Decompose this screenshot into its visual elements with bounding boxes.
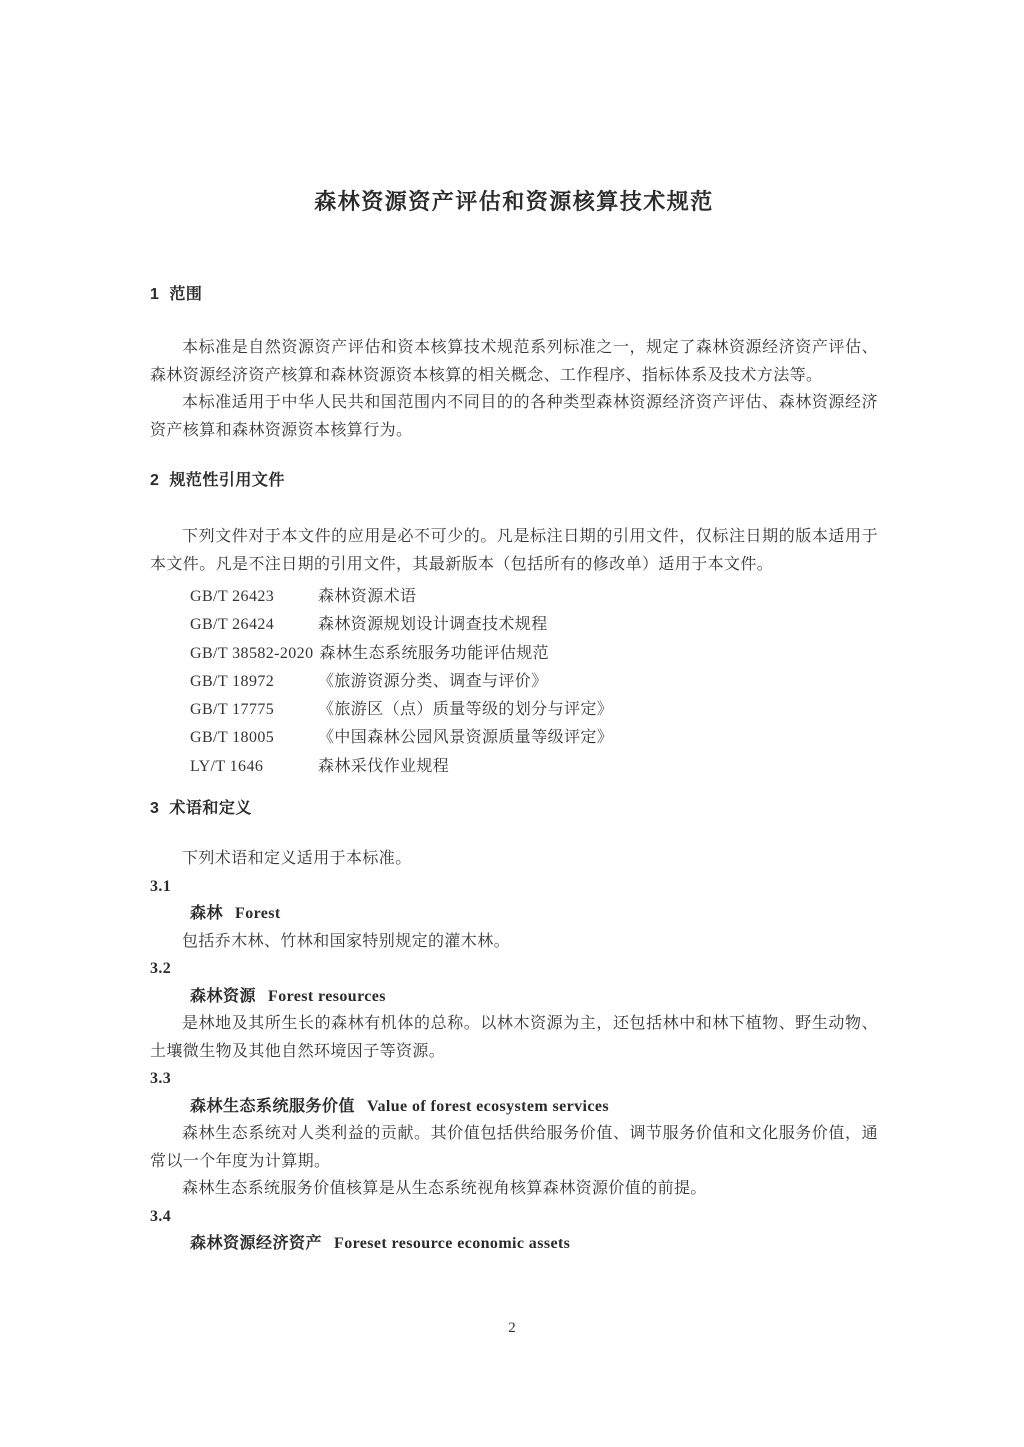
reference-code: LY/T 1646 xyxy=(190,753,312,781)
term-name: 森林Forest xyxy=(150,900,878,928)
terms-intro: 下列术语和定义适用于本标准。 xyxy=(150,845,878,873)
reference-item: GB/T 38582-2020森林生态系统服务功能评估规范 xyxy=(190,640,878,668)
section-3-title: 术语和定义 xyxy=(169,800,252,817)
term-entry-3-2: 3.2 森林资源Forest resources 是林地及其所生长的森林有机体的… xyxy=(150,955,878,1065)
term-number: 3.2 xyxy=(150,955,878,983)
term-name: 森林资源Forest resources xyxy=(150,983,878,1011)
reference-list: GB/T 26423森林资源术语 GB/T 26424森林资源规划设计调查技术规… xyxy=(150,583,878,781)
reference-code: GB/T 18005 xyxy=(190,724,312,752)
section-3-heading: 3术语和定义 xyxy=(150,798,878,820)
terms-block: 下列术语和定义适用于本标准。 3.1 森林Forest 包括乔木林、竹林和国家特… xyxy=(150,845,878,1258)
term-entry-3-4: 3.4 森林资源经济资产Foreset resource economic as… xyxy=(150,1203,878,1258)
term-name-zh: 森林生态系统服务价值 xyxy=(190,1098,355,1115)
reference-title: 森林资源规划设计调查技术规程 xyxy=(318,616,548,633)
reference-title: 《旅游资源分类、调查与评价》 xyxy=(318,673,548,690)
term-definition: 森林生态系统服务价值核算是从生态系统视角核算森林资源价值的前提。 xyxy=(150,1175,878,1203)
reference-item: GB/T 18005《中国森林公园风景资源质量等级评定》 xyxy=(190,724,878,752)
reference-item: LY/T 1646森林采伐作业规程 xyxy=(190,753,878,781)
section-1-heading: 1范围 xyxy=(150,284,878,306)
reference-title: 《旅游区（点）质量等级的划分与评定》 xyxy=(318,701,613,718)
reference-item: GB/T 26423森林资源术语 xyxy=(190,583,878,611)
reference-item: GB/T 26424森林资源规划设计调查技术规程 xyxy=(190,611,878,639)
term-number: 3.4 xyxy=(150,1203,878,1231)
reference-title: 《中国森林公园风景资源质量等级评定》 xyxy=(318,729,613,746)
scope-paragraph-2: 本标准适用于中华人民共和国范围内不同目的的各种类型森林资源经济资产评估、森林资源… xyxy=(150,389,878,444)
term-name-en: Forest xyxy=(235,905,281,922)
term-number: 3.1 xyxy=(150,873,878,901)
term-definition: 是林地及其所生长的森林有机体的总称。以林木资源为主，还包括林中和林下植物、野生动… xyxy=(150,1010,878,1065)
term-definition: 森林生态系统对人类利益的贡献。其价值包括供给服务价值、调节服务价值和文化服务价值… xyxy=(150,1120,878,1175)
term-entry-3-3: 3.3 森林生态系统服务价值Value of forest ecosystem … xyxy=(150,1065,878,1203)
reference-title: 森林采伐作业规程 xyxy=(318,758,449,775)
reference-code: GB/T 26424 xyxy=(190,611,312,639)
section-scope: 1范围 本标准是自然资源资产评估和资本核算技术规范系列标准之一，规定了森林资源经… xyxy=(150,284,878,444)
reference-title: 森林生态系统服务功能评估规范 xyxy=(319,645,549,662)
reference-code: GB/T 38582-2020 xyxy=(190,640,313,668)
section-1-number: 1 xyxy=(150,286,159,303)
section-1-title: 范围 xyxy=(169,286,202,303)
term-name-en: Value of forest ecosystem services xyxy=(367,1098,609,1115)
term-number: 3.3 xyxy=(150,1065,878,1093)
reference-item: GB/T 17775《旅游区（点）质量等级的划分与评定》 xyxy=(190,696,878,724)
term-definition: 包括乔木林、竹林和国家特别规定的灌木林。 xyxy=(150,928,878,956)
term-name-en: Forest resources xyxy=(268,988,386,1005)
term-name: 森林生态系统服务价值Value of forest ecosystem serv… xyxy=(150,1093,878,1121)
section-3-number: 3 xyxy=(150,800,159,817)
references-intro: 下列文件对于本文件的应用是必不可少的。凡是标注日期的引用文件，仅标注日期的版本适… xyxy=(150,523,878,578)
section-2-title: 规范性引用文件 xyxy=(169,472,285,489)
reference-title: 森林资源术语 xyxy=(318,588,416,605)
document-title: 森林资源资产评估和资源核算技术规范 xyxy=(150,186,878,218)
section-2-heading: 2规范性引用文件 xyxy=(150,470,878,492)
term-name-zh: 森林资源 xyxy=(190,988,256,1005)
document-page: 森林资源资产评估和资源核算技术规范 1范围 本标准是自然资源资产评估和资本核算技… xyxy=(0,0,1024,1447)
term-name-zh: 森林 xyxy=(190,905,223,922)
section-normative-references: 2规范性引用文件 下列文件对于本文件的应用是必不可少的。凡是标注日期的引用文件，… xyxy=(150,470,878,781)
section-2-number: 2 xyxy=(150,472,159,489)
reference-code: GB/T 17775 xyxy=(190,696,312,724)
term-entry-3-1: 3.1 森林Forest 包括乔木林、竹林和国家特别规定的灌木林。 xyxy=(150,873,878,956)
term-name-zh: 森林资源经济资产 xyxy=(190,1235,322,1252)
section-terms-definitions: 3术语和定义 下列术语和定义适用于本标准。 3.1 森林Forest 包括乔木林… xyxy=(150,798,878,1258)
reference-item: GB/T 18972《旅游资源分类、调查与评价》 xyxy=(190,668,878,696)
scope-paragraph-1: 本标准是自然资源资产评估和资本核算技术规范系列标准之一，规定了森林资源经济资产评… xyxy=(150,334,878,389)
reference-code: GB/T 18972 xyxy=(190,668,312,696)
term-name: 森林资源经济资产Foreset resource economic assets xyxy=(150,1230,878,1258)
page-number: 2 xyxy=(0,1320,1024,1337)
term-name-en: Foreset resource economic assets xyxy=(334,1235,570,1252)
reference-code: GB/T 26423 xyxy=(190,583,312,611)
